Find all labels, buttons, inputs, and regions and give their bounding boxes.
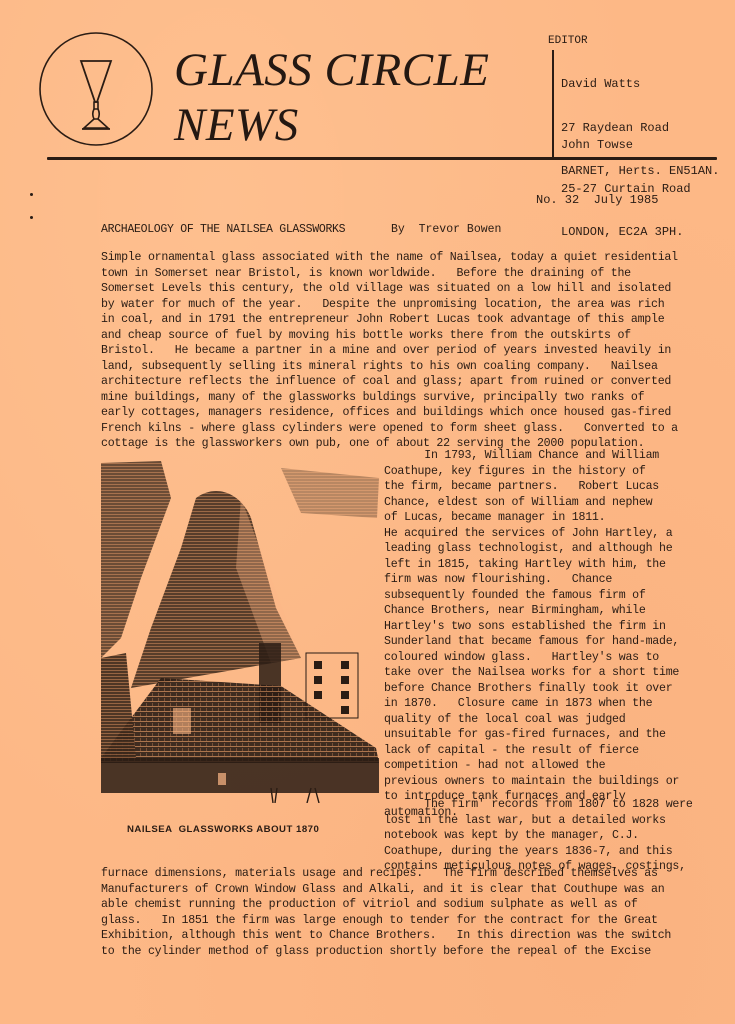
- text-line: glass. In 1851 the firm was large enough…: [101, 913, 671, 929]
- editor-label: EDITOR: [548, 35, 588, 47]
- text-line: Exhibition, although this went to Chance…: [101, 928, 671, 944]
- margin-mark: [30, 193, 33, 196]
- issue-number-date: No. 32 July 1985: [536, 193, 658, 207]
- text-line: in 1870. Closure came in 1873 when the: [384, 696, 679, 712]
- text-line: Coathupe, during the years 1836-7, and t…: [384, 844, 693, 860]
- glassworks-engraving-image: [101, 458, 379, 803]
- paragraph-4: furnace dimensions, materials usage and …: [101, 866, 671, 959]
- text-line: He acquired the services of John Hartley…: [384, 526, 679, 542]
- text-line: Bristol. He became a partner in a mine a…: [101, 343, 678, 359]
- figure-caption: NAILSEA GLASSWORKS ABOUT 1870: [127, 824, 319, 835]
- text-line: Hartley's two sons established the firm …: [384, 619, 679, 635]
- text-line: and cheap source of fuel by moving his b…: [101, 328, 678, 344]
- newsletter-page: GLASS CIRCLE NEWS EDITOR David Watts 27 …: [0, 0, 735, 1024]
- text-line: of Lucas, became manager in 1811.: [384, 510, 679, 526]
- text-line: Coathupe, key figures in the history of: [384, 464, 679, 480]
- text-line: Sunderland that became famous for hand-m…: [384, 634, 679, 650]
- text-line: early cottages, managers residence, offi…: [101, 405, 678, 421]
- paragraph-1: Simple ornamental glass associated with …: [101, 250, 678, 452]
- text-line: furnace dimensions, materials usage and …: [101, 866, 671, 882]
- newsletter-title: GLASS CIRCLE: [174, 43, 489, 97]
- article-headline: ARCHAEOLOGY OF THE NAILSEA GLASSWORKS: [101, 223, 345, 236]
- text-line: mine buildings, many of the glassworks b…: [101, 390, 678, 406]
- text-line: lack of capital - the result of fierce: [384, 743, 679, 759]
- text-line: Chance, eldest son of William and nephew: [384, 495, 679, 511]
- text-line: Chance Brothers, near Birmingham, while: [384, 603, 679, 619]
- text-line: quality of the local coal was judged: [384, 712, 679, 728]
- text-line: unsuitable for gas-fired furnaces, and t…: [384, 727, 679, 743]
- text-line: Manufacturers of Crown Window Glass and …: [101, 882, 671, 898]
- text-line: to the cylinder method of glass producti…: [101, 944, 671, 960]
- text-line: land, subsequently selling its mineral r…: [101, 359, 678, 375]
- text-line: competition - had not allowed the: [384, 758, 679, 774]
- margin-mark: [30, 216, 33, 219]
- text-line: In 1793, William Chance and William: [384, 448, 679, 464]
- paragraph-3: The firm' records from 1807 to 1828 were…: [384, 797, 693, 875]
- editor-town: LONDON, EC2A 3PH.: [561, 225, 691, 240]
- paragraph-2: In 1793, William Chance and WilliamCoath…: [384, 448, 679, 820]
- text-line: the firm, became partners. Robert Lucas: [384, 479, 679, 495]
- editor-divider: [552, 50, 554, 160]
- wine-glass-in-circle-icon: [38, 31, 154, 147]
- text-line: The firm' records from 1807 to 1828 were: [384, 797, 693, 813]
- text-line: leading glass technologist, and although…: [384, 541, 679, 557]
- text-line: coloured window glass. Hartley's was to: [384, 650, 679, 666]
- text-line: previous owners to maintain the building…: [384, 774, 679, 790]
- text-line: French kilns - where glass cylinders wer…: [101, 421, 678, 437]
- text-line: before Chance Brothers finally took it o…: [384, 681, 679, 697]
- text-line: by water for much of the year. Despite t…: [101, 297, 678, 313]
- text-line: left in 1815, taking Hartley with him, t…: [384, 557, 679, 573]
- masthead-rule: [47, 157, 717, 160]
- text-line: Simple ornamental glass associated with …: [101, 250, 678, 266]
- text-line: firm was now flourishing. Chance: [384, 572, 679, 588]
- article-byline: By Trevor Bowen: [391, 223, 501, 236]
- text-line: town in Somerset near Bristol, is known …: [101, 266, 678, 282]
- text-line: Somerset Levels this century, the old vi…: [101, 281, 678, 297]
- text-line: notebook was kept by the manager, C.J.: [384, 828, 693, 844]
- text-line: lost in the last war, but a detailed wor…: [384, 813, 693, 829]
- editor-address-2: John Towse 25-27 Curtain Road LONDON, EC…: [561, 109, 691, 269]
- editor-name: David Watts: [561, 77, 719, 92]
- newsletter-title-news: NEWS: [174, 98, 299, 152]
- text-line: in coal, and in 1791 the entrepreneur Jo…: [101, 312, 678, 328]
- text-line: architecture reflects the influence of c…: [101, 374, 678, 390]
- text-line: able chemist running the production of v…: [101, 897, 671, 913]
- text-line: subsequently founded the famous firm of: [384, 588, 679, 604]
- text-line: take over the Nailsea works for a short …: [384, 665, 679, 681]
- editor-name: John Towse: [561, 138, 691, 153]
